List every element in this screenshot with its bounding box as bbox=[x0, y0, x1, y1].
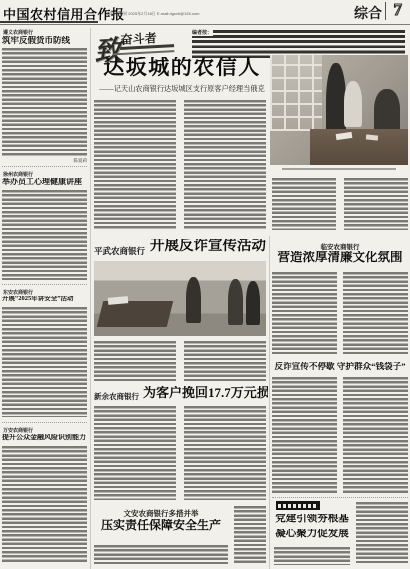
body-text-block bbox=[94, 100, 176, 230]
body-text-block bbox=[356, 502, 408, 565]
editor-note-block bbox=[192, 30, 405, 58]
article-title-line1: 党建引领夯根基 bbox=[272, 514, 352, 525]
body-text-block bbox=[94, 545, 228, 565]
article-title: 开展“2025年讲安全”活动 bbox=[2, 296, 87, 303]
body-text-block bbox=[184, 341, 266, 383]
photo-figure bbox=[186, 277, 201, 323]
article-title: 提升公众金融风险识别能力 bbox=[2, 434, 87, 441]
header-rule bbox=[0, 24, 410, 25]
body-text-block bbox=[94, 341, 176, 383]
photo-figure bbox=[374, 89, 400, 133]
photo-figure bbox=[344, 81, 362, 127]
article-kicker: 文安农商银行多措并举 bbox=[96, 508, 226, 519]
body-text-block bbox=[2, 446, 87, 563]
body-text-block bbox=[343, 272, 408, 356]
body-text-block bbox=[272, 272, 337, 356]
article-title: 为客户挽回17.7万元损失 bbox=[143, 386, 268, 399]
photo-figure bbox=[246, 281, 260, 325]
article-title: 开展反诈宣传活动 bbox=[150, 239, 268, 254]
article-title: 反诈宣传不停歇 守护群众“钱袋子” bbox=[272, 362, 408, 371]
body-text-block bbox=[184, 406, 266, 500]
article-title: 压实责任保障安全生产 bbox=[94, 519, 228, 531]
column-black-label bbox=[276, 501, 320, 510]
feature-headline: 达坂城的农信人 bbox=[94, 57, 270, 78]
body-text-block bbox=[344, 178, 408, 230]
article-org: 东安农商银行 bbox=[3, 289, 33, 296]
body-text-block bbox=[2, 307, 87, 417]
body-text-block bbox=[272, 178, 336, 230]
feature-photo bbox=[270, 55, 408, 165]
article-org: 临安农商银行 bbox=[272, 242, 408, 251]
photo-table bbox=[97, 301, 173, 327]
article-title: 营造浓厚清廉文化氛围 bbox=[272, 251, 408, 264]
page-number: 7 bbox=[394, 0, 403, 20]
article-org: 平武农商银行 bbox=[94, 245, 145, 257]
body-text-block bbox=[343, 377, 408, 493]
photo-desk bbox=[310, 129, 408, 165]
section-label: 综合 bbox=[354, 3, 382, 23]
logo-stroke bbox=[112, 50, 174, 55]
body-text-block bbox=[2, 48, 87, 156]
article-divider bbox=[2, 166, 87, 167]
article-title: 筑牢反假货币防线 bbox=[2, 36, 87, 45]
article-org: 新余农商银行 bbox=[94, 391, 139, 402]
article-title: 举办员工心理健康讲座 bbox=[2, 178, 87, 186]
photo-caption bbox=[282, 168, 396, 172]
column-black-label-text bbox=[278, 504, 318, 508]
article-org: 徐州农商银行 bbox=[3, 171, 33, 178]
body-text-block bbox=[272, 377, 337, 493]
editor-note-label: 编者按： bbox=[192, 29, 213, 36]
body-text-block bbox=[94, 406, 176, 500]
body-text-block bbox=[2, 190, 87, 280]
body-text-block bbox=[274, 547, 350, 565]
article-divider bbox=[272, 497, 408, 498]
column-rule-center bbox=[269, 236, 270, 569]
article-title-line2: 凝心聚力促发展 bbox=[272, 529, 352, 540]
feature-subtitle: ——记天山农商银行达坂城区支行原客户经理当俄克 bbox=[90, 84, 274, 94]
article-org: 遵义农商银行 bbox=[3, 29, 33, 36]
article-divider bbox=[2, 422, 87, 423]
newspaper-page: 中国农村信用合作报 编辑 彭妍妍 2025年2月18日 E-mail:dgsxb… bbox=[0, 0, 410, 569]
article-byline: 陈爱莉 bbox=[2, 158, 87, 164]
body-text-block bbox=[184, 100, 266, 230]
masthead-underline bbox=[0, 21, 98, 23]
photo-window bbox=[270, 55, 322, 131]
photo-figure bbox=[206, 275, 222, 325]
pingwu-photo bbox=[94, 261, 266, 336]
header-divider bbox=[385, 2, 386, 20]
body-text-block bbox=[234, 506, 266, 565]
article-org: 万安农商银行 bbox=[3, 427, 33, 434]
column-rule-left bbox=[90, 28, 91, 569]
photo-figure bbox=[228, 279, 243, 325]
edition-meta: 编辑 彭妍妍 2025年2月18日 E-mail:dgsxb@126.com bbox=[106, 11, 199, 17]
article-divider bbox=[2, 284, 87, 285]
